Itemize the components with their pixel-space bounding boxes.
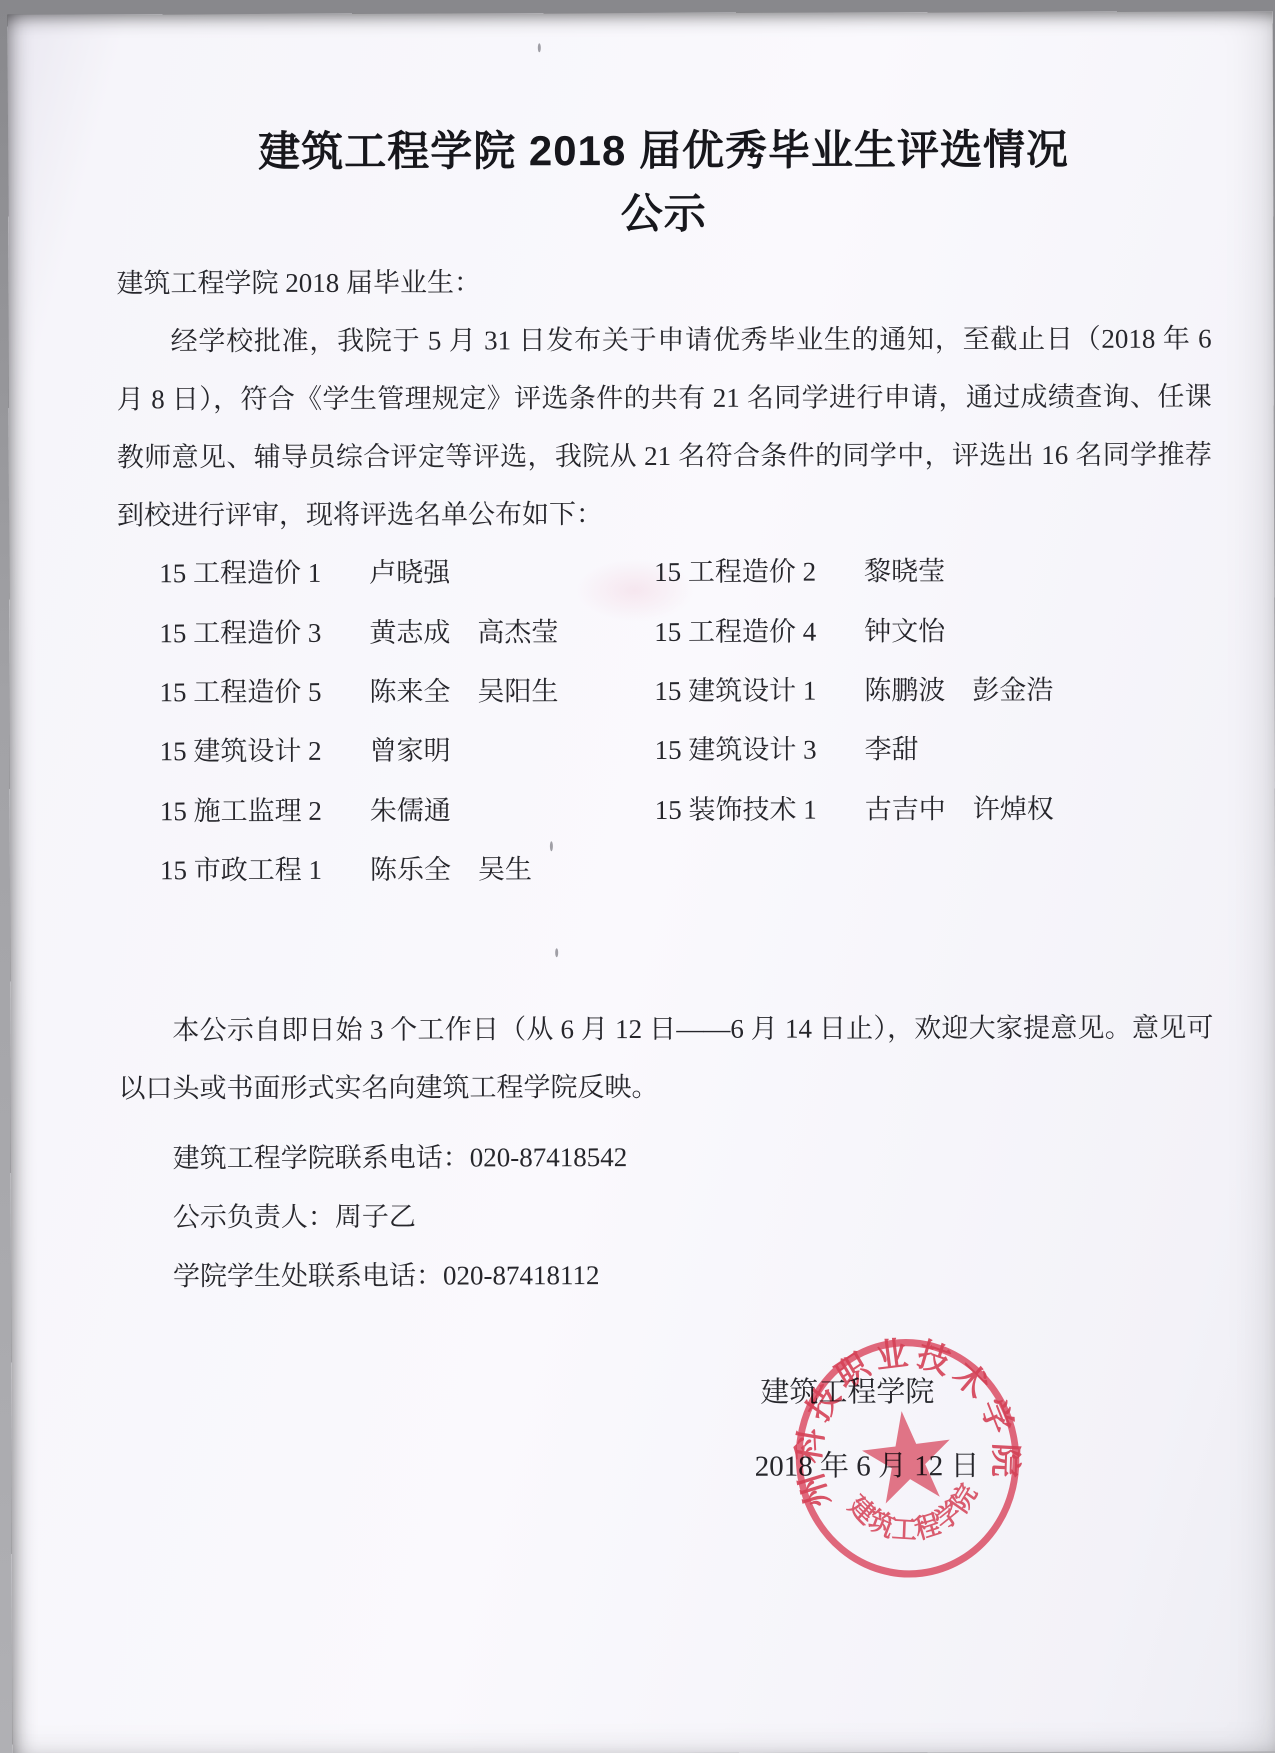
contact-info: 建筑工程学院联系电话：020-87418542 公示负责人：周子乙 学院学生处联… bbox=[119, 1126, 1214, 1307]
roster-entry: 15 装饰技术 1 古吉中 许焯权 bbox=[655, 779, 1213, 840]
contact-person: 公示负责人：周子乙 bbox=[119, 1186, 1214, 1248]
signature-date: 2018 年 6 月 12 日 bbox=[119, 1437, 979, 1497]
roster-entry: 15 工程造价 1 卢晓强 bbox=[159, 543, 654, 604]
roster-entry: 15 建筑设计 3 李甜 bbox=[654, 720, 1212, 781]
roster-student-names: 古吉中 许焯权 bbox=[865, 780, 1054, 840]
roster-student-names: 陈来全 吴阳生 bbox=[369, 662, 558, 722]
roster-entry: 15 工程造价 2 黎晓莹 bbox=[654, 542, 1212, 603]
salutation-line: 建筑工程学院 2018 届毕业生： bbox=[116, 252, 1211, 313]
roster-row: 15 市政工程 1 陈乐全 吴生 bbox=[160, 839, 1213, 901]
roster-row: 15 建筑设计 2 曾家明 15 建筑设计 3 李甜 bbox=[160, 720, 1213, 782]
title-line-1: 建筑工程学院 2018 届优秀毕业生评选情况 bbox=[116, 118, 1211, 184]
roster-student-names: 钟文怡 bbox=[864, 602, 945, 662]
roster-student-names: 卢晓强 bbox=[369, 544, 450, 604]
title-line-2: 公示 bbox=[116, 181, 1211, 247]
roster-row: 15 施工监理 2 朱儒通 15 装饰技术 1 古吉中 许焯权 bbox=[160, 779, 1213, 841]
roster-class-label: 15 工程造价 5 bbox=[159, 663, 321, 723]
roster-entry: 15 建筑设计 1 陈鹏波 彭金浩 bbox=[654, 661, 1212, 722]
roster-entry: 15 市政工程 1 陈乐全 吴生 bbox=[160, 840, 655, 901]
roster-class-label: 15 市政工程 1 bbox=[160, 841, 322, 901]
roster-entry: 15 施工监理 2 朱儒通 bbox=[160, 781, 655, 842]
closing-paragraph: 本公示自即日始 3 个工作日（从 6 月 12 日——6 月 14 日止），欢迎… bbox=[118, 998, 1213, 1117]
roster-entry: 15 工程造价 3 黄志成 高杰莹 bbox=[159, 603, 654, 664]
roster-entry: 15 工程造价 5 陈来全 吴阳生 bbox=[159, 662, 654, 723]
roster-class-label: 15 施工监理 2 bbox=[160, 782, 322, 842]
roster-student-names: 陈乐全 吴生 bbox=[370, 840, 532, 900]
roster-class-label: 15 工程造价 2 bbox=[654, 543, 816, 603]
roster-entry: 15 建筑设计 2 曾家明 bbox=[160, 721, 655, 782]
roster-class-label: 15 装饰技术 1 bbox=[655, 780, 817, 840]
roster-student-names: 李甜 bbox=[864, 721, 918, 781]
signature-block: 建筑工程学院 2018 年 6 月 12 日 bbox=[119, 1362, 1214, 1497]
roster-list: 15 工程造价 1 卢晓强 15 工程造价 2 黎晓莹 15 工程造价 3 黄志… bbox=[117, 542, 1213, 901]
document-title: 建筑工程学院 2018 届优秀毕业生评选情况 公示 bbox=[116, 118, 1211, 247]
roster-class-label: 15 建筑设计 2 bbox=[160, 722, 322, 782]
signature-org: 建筑工程学院 bbox=[119, 1363, 934, 1423]
roster-class-label: 15 建筑设计 1 bbox=[654, 662, 816, 722]
roster-student-names: 朱儒通 bbox=[370, 781, 451, 841]
scanner-background: 建筑工程学院 2018 届优秀毕业生评选情况 公示 建筑工程学院 2018 届毕… bbox=[0, 0, 1275, 1753]
roster-student-names: 曾家明 bbox=[370, 722, 451, 782]
document-content: 建筑工程学院 2018 届优秀毕业生评选情况 公示 建筑工程学院 2018 届毕… bbox=[8, 11, 1275, 1753]
roster-row: 15 工程造价 1 卢晓强 15 工程造价 2 黎晓莹 bbox=[159, 542, 1212, 604]
roster-student-names: 黎晓莹 bbox=[864, 542, 945, 602]
roster-class-label: 15 工程造价 4 bbox=[654, 602, 816, 662]
roster-row: 15 工程造价 3 黄志成 高杰莹 15 工程造价 4 钟文怡 bbox=[159, 601, 1212, 663]
contact-dept-phone: 建筑工程学院联系电话：020-87418542 bbox=[119, 1126, 1214, 1188]
roster-entry: 15 工程造价 4 钟文怡 bbox=[654, 601, 1212, 662]
roster-student-names: 黄志成 高杰莹 bbox=[369, 603, 558, 663]
roster-class-label: 15 建筑设计 3 bbox=[654, 721, 816, 781]
roster-class-label: 15 工程造价 3 bbox=[159, 603, 321, 663]
roster-class-label: 15 工程造价 1 bbox=[159, 544, 321, 604]
intro-paragraph: 经学校批准，我院于 5 月 31 日发布关于申请优秀毕业生的通知，至截止日（20… bbox=[117, 310, 1213, 545]
roster-student-names: 陈鹏波 彭金浩 bbox=[864, 661, 1053, 721]
roster-row: 15 工程造价 5 陈来全 吴阳生 15 建筑设计 1 陈鹏波 彭金浩 bbox=[159, 661, 1212, 723]
contact-office-phone: 学院学生处联系电话：020-87418112 bbox=[119, 1245, 1214, 1307]
document-paper: 建筑工程学院 2018 届优秀毕业生评选情况 公示 建筑工程学院 2018 届毕… bbox=[8, 11, 1275, 1753]
